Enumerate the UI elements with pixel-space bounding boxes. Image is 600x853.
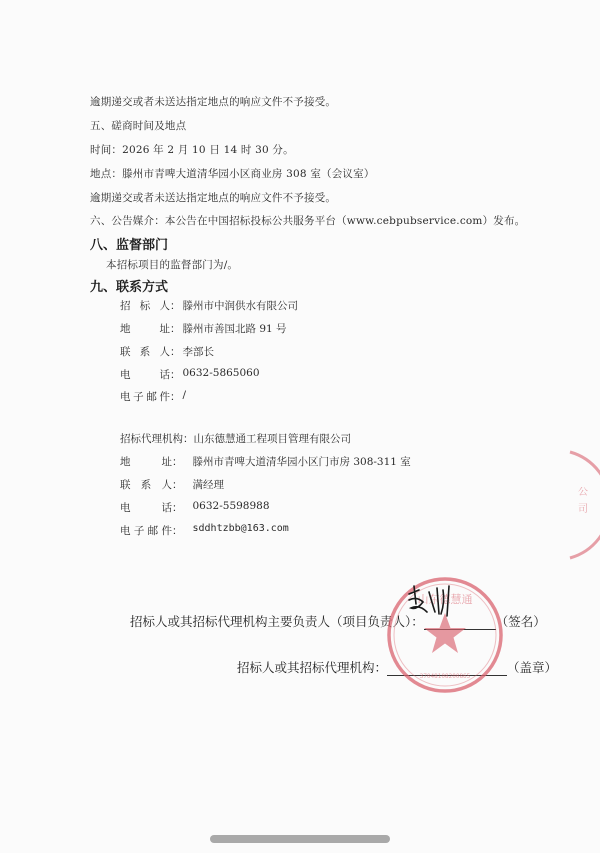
tenderer-contact: 李部长 — [183, 344, 215, 359]
tenderer-name: 滕州市中润供水有限公司 — [183, 298, 299, 313]
late-submission-note: 逾期递交或者未送达指定地点的响应文件不予接受。 — [90, 94, 336, 109]
field-label: 联 系 人 — [120, 344, 170, 359]
negotiation-time: 时间：2026 年 2 月 10 日 14 时 30 分。 — [90, 142, 294, 157]
agency-address: 滕州市青啤大道清华园小区门市房 308-311 室 — [193, 454, 411, 469]
document-page: 逾期递交或者未送达指定地点的响应文件不予接受。 五、磋商时间及地点 时间：202… — [0, 0, 600, 853]
tenderer-phone-row: 电 话：0632-5865060 — [120, 367, 260, 382]
colon: ： — [172, 500, 183, 515]
agency-address-row: 地 址：滕州市青啤大道清华园小区门市房 308-311 室 — [120, 454, 411, 469]
tenderer-email-row: 电子邮件：/ — [120, 389, 186, 404]
tenderer-address: 滕州市善国北路 91 号 — [183, 321, 287, 336]
field-label: 招 标 人 — [120, 298, 170, 313]
colon: ： — [170, 321, 181, 336]
scroll-handle[interactable] — [210, 835, 390, 843]
tenderer-contact-row: 联 系 人：李部长 — [120, 344, 214, 359]
announcement-media: 六、公告媒介：本公告在中国招标投标公共服务平台（www.cebpubservic… — [90, 213, 525, 228]
agency-email-row: 电子邮件：sddhtzbb@163.com — [120, 523, 289, 538]
field-label: 电子邮件 — [120, 523, 172, 538]
colon: ： — [170, 389, 181, 404]
colon: ： — [170, 367, 181, 382]
agency-name-row: 招标代理机构：山东德慧通工程项目管理有限公司 — [120, 431, 351, 446]
agency-name: 山东德慧通工程项目管理有限公司 — [194, 431, 352, 446]
field-label: 电 话 — [120, 500, 172, 515]
svg-text:37048108200865: 37048108200865 — [420, 673, 471, 680]
seal-suffix: （盖章） — [507, 660, 557, 675]
agency-label: 招标代理机构： — [120, 431, 194, 446]
late-submission-note-2: 逾期递交或者未送达指定地点的响应文件不予接受。 — [90, 190, 336, 205]
svg-text:司: 司 — [578, 503, 588, 515]
handwritten-signature-icon — [405, 582, 460, 622]
colon: ： — [172, 454, 183, 469]
agency-email: sddhtzbb@163.com — [193, 523, 289, 538]
colon: ： — [170, 344, 181, 359]
colon: ： — [172, 523, 183, 538]
tenderer-email: / — [183, 389, 187, 404]
tenderer-phone: 0632-5865060 — [183, 367, 260, 382]
svg-text:公: 公 — [578, 487, 588, 498]
tenderer-name-row: 招 标 人：滕州市中润供水有限公司 — [120, 298, 298, 313]
supervision-dept: 本招标项目的监督部门为/。 — [106, 257, 238, 272]
field-label: 联 系 人 — [120, 477, 172, 492]
section-8-title: 八、监督部门 — [90, 234, 168, 253]
section-5-title: 五、磋商时间及地点 — [90, 118, 186, 133]
field-label: 地 址 — [120, 454, 172, 469]
partial-seal-icon: 公 司 — [560, 450, 600, 560]
agency-contact-row: 联 系 人：满经理 — [120, 477, 224, 492]
org-label: 招标人或其招标代理机构： — [237, 660, 387, 675]
colon: ： — [170, 298, 181, 313]
negotiation-place: 地点：滕州市青啤大道清华园小区商业房 308 室（会议室） — [90, 166, 375, 181]
agency-phone: 0632-5598988 — [193, 500, 270, 515]
agency-phone-row: 电 话：0632-5598988 — [120, 500, 270, 515]
agency-contact: 满经理 — [193, 477, 225, 492]
field-label: 电子邮件 — [120, 389, 170, 404]
tenderer-address-row: 地 址：滕州市善国北路 91 号 — [120, 321, 287, 336]
field-label: 电 话 — [120, 367, 170, 382]
field-label: 地 址 — [120, 321, 170, 336]
responsible-label: 招标人或其招标代理机构主要负责人（项目负责人）： — [130, 614, 424, 629]
colon: ： — [172, 477, 183, 492]
section-9-title: 九、联系方式 — [90, 276, 168, 295]
